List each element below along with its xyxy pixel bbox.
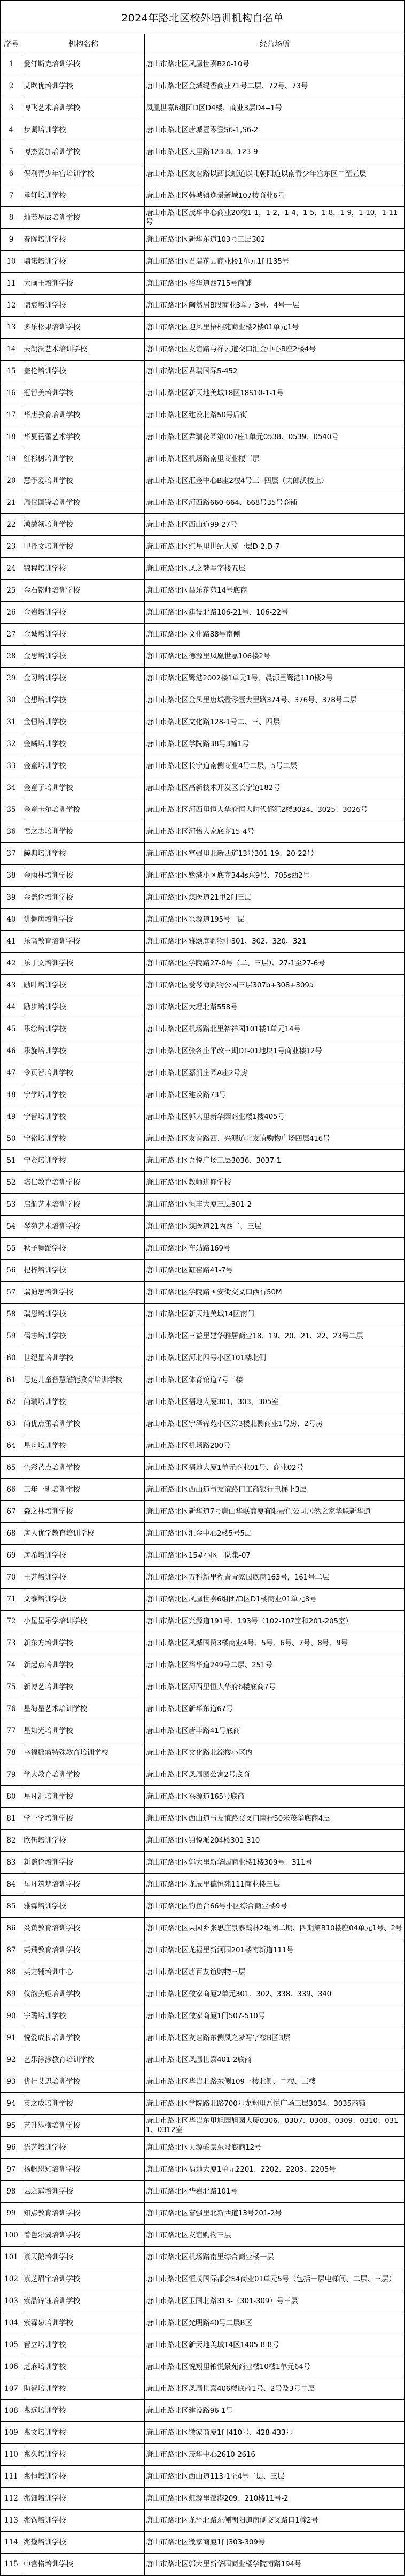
- business-address: 唐山市路北区爱琴海购物公园三层307b+308+309a: [145, 975, 405, 996]
- business-address: 唐山市路北区张各庄平改三期DT-01地块1号商业楼12号: [145, 1040, 405, 1062]
- table-row: 79学大教育培训学校唐山市路北区凤凰园公寓2号底商: [1, 1764, 405, 1786]
- row-index: 105: [1, 2334, 22, 2356]
- row-index: 79: [1, 1764, 22, 1786]
- institution-name: 小星星乐学培训学校: [22, 1611, 145, 1632]
- institution-name: 紫晶锦钰培训学校: [22, 2290, 145, 2312]
- institution-name: 雅霖培训学校: [22, 1896, 145, 1918]
- institution-name: 金童子培训学校: [22, 777, 145, 799]
- business-address: 唐山市路北区龙泽北路东侧朝阳道南侧交叉路口1幢2号: [145, 2510, 405, 2532]
- business-address: 唐山市路北区昌乐花苑14号底商: [145, 580, 405, 602]
- row-index: 56: [1, 1260, 22, 1282]
- business-address: 唐山市路北区华岩东里旭园旭园大厦0306、0307、0308、0309、0310…: [145, 2115, 405, 2137]
- row-index: 45: [1, 1018, 22, 1040]
- institution-name: 兆钧培训学校: [22, 2510, 145, 2532]
- table-row: 27金诚培训学校唐山市路北区文化路88号南侧: [1, 624, 405, 646]
- institution-name: 新盖伦培训学校: [22, 1852, 145, 1874]
- business-address: 唐山市路北区煤医道21丙西二、三层: [145, 1216, 405, 1238]
- table-row: 78幸福摇篮特殊教育培训学校唐山市路北区文化路北滦楼小区内: [1, 1742, 405, 1764]
- business-address: 唐山市路北区长宁道南侧商业4号二层，5号二层: [145, 755, 405, 777]
- table-row: 13多乐松果培训学校唐山市路北区迎风里梧桐苑商业楼2楼01单元1号: [1, 317, 405, 339]
- row-index: 34: [1, 777, 22, 799]
- institution-name: 鲸典培训学校: [22, 843, 145, 865]
- table-row: 63尚优点蕾培训学校唐山市路北区宁泽锦苑小区第3楼北侧商业1号房、2号房: [1, 1413, 405, 1435]
- institution-name: 君之志培训学校: [22, 821, 145, 843]
- table-row: 12鼎宸培训学校唐山市路北区陶然居B段商业3单元3号、4号一层: [1, 295, 405, 317]
- row-index: 36: [1, 821, 22, 843]
- row-index: 10: [1, 251, 22, 273]
- row-index: 26: [1, 602, 22, 624]
- institution-name: 杞梓培训学校: [22, 1260, 145, 1282]
- institution-name: 思达儿童智慧潜能教育培训学校: [22, 1369, 145, 1391]
- institution-name: 启航艺术培训学校: [22, 1194, 145, 1216]
- row-index: 2: [1, 75, 22, 97]
- table-row: 7承轩培训学校唐山市路北区韩城镇逸景新城107楼商业6号: [1, 185, 405, 207]
- business-address: 唐山市路北区唐城壹零壹S6-1,S6-2: [145, 119, 405, 141]
- row-index: 11: [1, 273, 22, 295]
- institution-name: 星舟培训学校: [22, 1435, 145, 1457]
- institution-name: 培仁教育培训学校: [22, 1172, 145, 1194]
- table-row: 43励叶培训学校唐山市路北区爱琴海购物公园三层307b+308+309a: [1, 975, 405, 996]
- institution-name: 扬帆恩知培训学校: [22, 2159, 145, 2181]
- row-index: 15: [1, 361, 22, 382]
- table-row: 113兆钧培训学校唐山市路北区龙泽北路东侧朝阳道南侧交叉路口1幢2号: [1, 2510, 405, 2532]
- institution-name: 艺升纵横培训学校: [22, 2115, 145, 2137]
- row-index: 40: [1, 909, 22, 931]
- row-index: 98: [1, 2181, 22, 2203]
- row-index: 19: [1, 448, 22, 470]
- row-index: 43: [1, 975, 22, 996]
- business-address: 唐山市路北区西山道与友谊路交叉口南行50米茂华底商4层: [145, 1808, 405, 1830]
- institution-name: 金恒培训学校: [22, 711, 145, 733]
- institution-name: 金习培训学校: [22, 668, 145, 689]
- business-address: 唐山市路北区凤凰世嘉406楼底商1号、2号及3号二层: [145, 2378, 405, 2400]
- row-index: 9: [1, 229, 22, 251]
- business-address: 唐山市路北区建设北路106-21号、106-22号: [145, 602, 405, 624]
- business-address: 唐山市路北区学院路27-0号（二、三层）、27-1至27-6号: [145, 953, 405, 975]
- table-row: 87英飛教育培训学校唐山市路北区龙福里新河园201楼南新道111号: [1, 1939, 405, 1961]
- table-row: 14夫朗沃艺术培训学校唐山市路北区友谊路与祥云道交口汇金中心B座2楼4号: [1, 339, 405, 361]
- row-index: 68: [1, 1523, 22, 1545]
- table-row: 62尚瑞培训学校唐山市路北区福地大厦301，303，305室: [1, 1391, 405, 1413]
- institution-name: 慧予爱培训学校: [22, 470, 145, 492]
- business-address: 唐山市路北区文化路北滦楼小区内: [145, 1742, 405, 1764]
- header-row: 序号 机构名称 经营场所: [1, 34, 405, 53]
- institution-name: 星凡筑梦培训学校: [22, 1874, 145, 1896]
- table-row: 83新盖伦培训学校唐山市路北区郭大里新华园商业楼1楼309号、311号: [1, 1852, 405, 1874]
- table-row: 47令页智培训学校唐山市路北区嘉润庄园A座2号房: [1, 1062, 405, 1084]
- business-address: 唐山市路北区新天地美域14区南门: [145, 1304, 405, 1325]
- business-address: 唐山市路北区建设路73号: [145, 1084, 405, 1106]
- business-address: 唐山市路北区鹭港小区底商344s东9号、705s西2号: [145, 865, 405, 887]
- table-row: 22鸿鹄领培训学校唐山市路北区西山道99-27号: [1, 514, 405, 536]
- table-row: 105智立培训学校唐山市路北区新天地美域14区1405-8-8号: [1, 2334, 405, 2356]
- business-address: 唐山市路北区茂华中心商业20楼1-1，1-2，1-4，1-5，1-8，1-9，1…: [145, 207, 405, 229]
- institution-name: 灿若星辰培训学校: [22, 207, 145, 229]
- row-index: 55: [1, 1238, 22, 1260]
- table-row: 84星凡筑梦培训学校唐山市路北区龙辰里德恒苑111商业楼三层: [1, 1874, 405, 1896]
- institution-name: 云之遥培训学校: [22, 2181, 145, 2203]
- row-index: 106: [1, 2356, 22, 2378]
- row-index: 60: [1, 1347, 22, 1369]
- row-index: 80: [1, 1786, 22, 1808]
- table-row: 33金童培训学校唐山市路北区长宁道南侧商业4号二层，5号二层: [1, 755, 405, 777]
- institution-name: 兆鋆培训学校: [22, 2532, 145, 2554]
- row-index: 81: [1, 1808, 22, 1830]
- table-row: 74新起点培训学校唐山市路北区裕华道249号二层、251号: [1, 1654, 405, 1676]
- table-row: 101紫天鹅培训学校唐山市路北区机场路南里综合商业楼一层: [1, 2247, 405, 2268]
- table-row: 89仪韵美娅培训学校唐山市路北区微家商厦2单元301、302、338、339、3…: [1, 1983, 405, 2005]
- institution-name: 文泰培训学校: [22, 1589, 145, 1611]
- table-row: 70王艺培训学校唐山市路北区万科新里程青青家园底商163号，161号二层: [1, 1567, 405, 1589]
- row-index: 38: [1, 865, 22, 887]
- table-row: 51宁贤培训学校唐山市路北区吾悦广场三层3036、3037-1: [1, 1150, 405, 1172]
- row-index: 46: [1, 1040, 22, 1062]
- row-index: 77: [1, 1720, 22, 1742]
- business-address: 唐山市路北区凤凰园公寓2号底商: [145, 1764, 405, 1786]
- row-index: 50: [1, 1128, 22, 1150]
- business-address: 唐山市路北区茂华中心2610-2616: [145, 2444, 405, 2466]
- row-index: 5: [1, 141, 22, 163]
- institution-name: 仪韵美娅培训学校: [22, 1983, 145, 2005]
- row-index: 53: [1, 1194, 22, 1216]
- institution-name: 尚瑞培训学校: [22, 1391, 145, 1413]
- row-index: 87: [1, 1939, 22, 1961]
- table-row: 34金童子培训学校唐山市路北区高新技术开发区长宁道182号: [1, 777, 405, 799]
- business-address: 唐山市路北区友谊购物三层: [145, 2225, 405, 2247]
- business-address: 唐山市路北区文化路88号南侧: [145, 624, 405, 646]
- table-row: 40讲舞唐培训学校唐山市路北区兴源道195号二层: [1, 909, 405, 931]
- business-address: 唐山市路北区新天地美域14区1405-8-8号: [145, 2334, 405, 2356]
- business-address: 唐山市路北区友谊路西、兴源道北友谊购物广场四层416号: [145, 1128, 405, 1150]
- row-index: 20: [1, 470, 22, 492]
- table-row: 23甲骨文培训学校唐山市路北区红星里世纪大厦一层D-2,D-7: [1, 536, 405, 558]
- row-index: 3: [1, 97, 22, 119]
- table-row: 60世纪星培训学校唐山市路北区河北四号小区101楼北侧: [1, 1347, 405, 1369]
- business-address: 唐山市路北区韩城镇逸景新城107楼商业6号: [145, 185, 405, 207]
- institution-name: 金思培训学校: [22, 646, 145, 668]
- table-row: 96语艺培训学校唐山市路北区天源骏景东段底商12号: [1, 2137, 405, 2159]
- business-address: 唐山市路北区雅颂庭购物中301、302、320、321: [145, 931, 405, 953]
- row-index: 109: [1, 2422, 22, 2444]
- table-row: 110兆久培训学校唐山市路北区茂华中心2610-2616: [1, 2444, 405, 2466]
- row-index: 23: [1, 536, 22, 558]
- table-row: 99知点教育培训学校唐山市路北区富强里北新西道13号201-2号: [1, 2203, 405, 2225]
- row-index: 54: [1, 1216, 22, 1238]
- table-row: 52培仁教育培训学校唐山市路北区教师进修学校: [1, 1172, 405, 1194]
- row-index: 57: [1, 1282, 22, 1304]
- table-row: 71文泰培训学校唐山市路北区凤凰世嘉6组团/D区D1楼商业01单元8号: [1, 1589, 405, 1611]
- table-row: 46乐旋培训学校唐山市路北区张各庄平改三期DT-01地块1号商业楼12号: [1, 1040, 405, 1062]
- row-index: 8: [1, 207, 22, 229]
- row-index: 61: [1, 1369, 22, 1391]
- business-address: 唐山市路北区金凤里唐城壹零壹大里路374号、376号、378号二层: [145, 689, 405, 711]
- row-index: 66: [1, 1479, 22, 1501]
- institution-name: 金石铭师培训学校: [22, 580, 145, 602]
- table-row: 58瑞恩培训学校唐山市路北区新天地美域14区南门: [1, 1304, 405, 1325]
- table-row: 73新东方培训学校唐山市路北区凤城国贸3楼商业4号、5号、6号、7号、8号、9号: [1, 1632, 405, 1654]
- table-row: 36君之志培训学校唐山市路北区河怡人家底商15-4号: [1, 821, 405, 843]
- row-index: 65: [1, 1457, 22, 1479]
- row-index: 73: [1, 1632, 22, 1654]
- table-row: 48宁学培训学校唐山市路北区建设路73号: [1, 1084, 405, 1106]
- institution-name: 博飞艺术培训学校: [22, 97, 145, 119]
- business-address: 唐山市路北区河西里恒大华府6楼底商7号: [145, 1676, 405, 1698]
- institution-name: 金童卡尔培训学校: [22, 799, 145, 821]
- row-index: 59: [1, 1325, 22, 1347]
- institution-name: 艾欧优培训学校: [22, 75, 145, 97]
- institution-name: 鼎宸培训学校: [22, 295, 145, 317]
- institution-name: 盖伦培训学校: [22, 361, 145, 382]
- column-header-name: 机构名称: [22, 34, 145, 53]
- business-address: 唐山市路北区新华东道67号: [145, 1698, 405, 1720]
- business-address: 唐山市路北区德源里凤凰世嘉106楼2号: [145, 646, 405, 668]
- row-index: 47: [1, 1062, 22, 1084]
- institution-name: 三年一班培训学校: [22, 1479, 145, 1501]
- table-row: 18华夏蓓蕾艺术学校唐山市路北区君瑞花园第007座1单元0538、0539、05…: [1, 426, 405, 448]
- business-address: 唐山市路北区唐丰路41号底商: [145, 1720, 405, 1742]
- row-index: 99: [1, 2203, 22, 2225]
- business-address: 唐山市路北区金域缇香商业71号二层、72号、73号: [145, 75, 405, 97]
- business-address: 唐山市路北区宁泽锦苑小区第3楼北侧商业1号房、2号房: [145, 1413, 405, 1435]
- business-address: 唐山市路北区建设路96-1号: [145, 2400, 405, 2422]
- table-row: 57瑞迪思培训学校唐山市路北区学院路国安街交叉口西行50M: [1, 1282, 405, 1304]
- table-row: 24锦程培训学校唐山市路北区凤之梦写字楼五层: [1, 558, 405, 580]
- row-index: 67: [1, 1501, 22, 1523]
- table-row: 98云之遥培训学校唐山市路北区华岩北路101号: [1, 2181, 405, 2203]
- table-row: 54琴苑艺术培训学校唐山市路北区煤医道21丙西二、三层: [1, 1216, 405, 1238]
- business-address: 凤凰世嘉6组团D区D4楼，商业3层D4--1号: [145, 97, 405, 119]
- business-address: 唐山市路北区郭大里新华园商业楼1楼405号: [145, 1106, 405, 1128]
- table-row: 5博杰爱加培训学校唐山市路北区大里路123-8、123-9: [1, 141, 405, 163]
- institution-name: 华唐教育培训学校: [22, 404, 145, 426]
- business-address: 唐山市路北区吾悦广场三层3036、3037-1: [145, 1150, 405, 1172]
- institution-name: 鼎诺培训学校: [22, 251, 145, 273]
- row-index: 14: [1, 339, 22, 361]
- column-header-index: 序号: [1, 34, 22, 53]
- institution-name: 英之辅培训中心: [22, 1961, 145, 1983]
- business-address: 唐山市路北区鹭港2002楼1单元1号、晨源里鹭港110楼2号: [145, 668, 405, 689]
- institution-name: 金麟培训学校: [22, 733, 145, 755]
- table-row: 55秋子舞蹈学校唐山市路北区车站路169号: [1, 1238, 405, 1260]
- institution-name: 儒志培训学校: [22, 1325, 145, 1347]
- table-row: 21凰仪国锋培训学校唐山市路北区河西路660-664、668号35号商铺: [1, 492, 405, 514]
- table-row: 77星知光培训学校唐山市路北区唐丰路41号底商: [1, 1720, 405, 1742]
- business-address: 唐山市路北区君瑞花园商业楼1单元1门135号: [145, 251, 405, 273]
- row-index: 75: [1, 1676, 22, 1698]
- row-index: 76: [1, 1698, 22, 1720]
- business-address: 唐山市路北区缸窑路41-7号: [145, 1260, 405, 1282]
- institution-name: 乐绘培训学校: [22, 1018, 145, 1040]
- business-address: 唐山市路北区君瑞国际5-452: [145, 361, 405, 382]
- business-address: 唐山市路北区钓鱼台66号小区综合商业楼9号: [145, 1896, 405, 1918]
- table-row: 30金想培训学校唐山市路北区金凤里唐城壹零壹大里路374号、376号、378号二…: [1, 689, 405, 711]
- row-index: 28: [1, 646, 22, 668]
- table-row: 72小星星乐学培训学校唐山市路北区兴源道191号、193号（102-107室和2…: [1, 1611, 405, 1632]
- business-address: 唐山市路北区裕华道西715号商铺: [145, 273, 405, 295]
- row-index: 4: [1, 119, 22, 141]
- business-address: 唐山市路北区富强里北新西道13号301-19、20-22号: [145, 843, 405, 865]
- table-row: 67森之林培训学校唐山市路北区新华道7号唐山华联商厦有限责任公司居然之家华联新华…: [1, 1501, 405, 1523]
- institution-name: 新东方培训学校: [22, 1632, 145, 1654]
- row-index: 24: [1, 558, 22, 580]
- institution-name: 步调培训学校: [22, 119, 145, 141]
- business-address: 唐山市路北区机场路南里综合商业楼一层: [145, 2247, 405, 2268]
- institution-name: 兆恒培训学校: [22, 2466, 145, 2488]
- institution-name: 秋子舞蹈学校: [22, 1238, 145, 1260]
- institution-name: 宇璐培训学校: [22, 2005, 145, 2027]
- business-address: 唐山市路北区兴源道191号、193号（102-107室和201-205室）: [145, 1611, 405, 1632]
- table-row: 114兆鋆培训学校唐山市路北区微家商厦1门303-309号: [1, 2532, 405, 2554]
- table-row: 4步调培训学校唐山市路北区唐城壹零壹S6-1,S6-2: [1, 119, 405, 141]
- row-index: 51: [1, 1150, 22, 1172]
- table-row: 82欣伍培训学校唐山市路北区铂悦派204楼301-310: [1, 1830, 405, 1852]
- row-index: 41: [1, 931, 22, 953]
- table-row: 10鼎诺培训学校唐山市路北区君瑞花园商业楼1单元1门135号: [1, 251, 405, 273]
- business-address: 唐山市路北区大理北路558号: [145, 996, 405, 1018]
- row-index: 97: [1, 2159, 22, 2181]
- institution-name: 锦程培训学校: [22, 558, 145, 580]
- business-address: 唐山市路北区汇金中心B座2楼4号三--四层（夫郎沃楼上）: [145, 470, 405, 492]
- table-row: 56杞梓培训学校唐山市路北区缸窑路41-7号: [1, 1260, 405, 1282]
- institution-name: 春晖培训学校: [22, 229, 145, 251]
- table-row: 16冠智美培训学校唐山市路北区新天地美域18区18S10-1-1号: [1, 382, 405, 404]
- table-row: 8灿若星辰培训学校唐山市路北区茂华中心商业20楼1-1，1-2，1-4，1-5，…: [1, 207, 405, 229]
- table-row: 37鲸典培训学校唐山市路北区富强里北新西道13号301-19、20-22号: [1, 843, 405, 865]
- document-title: 2024年路北区校外培训机构白名单: [1, 1, 405, 34]
- institution-name: 博杰爱加培训学校: [22, 141, 145, 163]
- business-address: 唐山市路北区华岩北路101号: [145, 2181, 405, 2203]
- row-index: 89: [1, 1983, 22, 2005]
- row-index: 31: [1, 711, 22, 733]
- institution-name: 金童培训学校: [22, 755, 145, 777]
- institution-name: 乐于文培训学校: [22, 953, 145, 975]
- business-address: 唐山市路北区文化路128-1号二、三、四层: [145, 711, 405, 733]
- institution-name: 助智培训学校: [22, 2378, 145, 2400]
- table-row: 86炎黄教育培训学校唐山市路北区果园乡张思庄景泰翰林2组团二期、四期第B10楼座…: [1, 1918, 405, 1939]
- row-index: 100: [1, 2225, 22, 2247]
- institution-name: 金想培训学校: [22, 689, 145, 711]
- business-address: 唐山市路北区机场路南里商业楼三层: [145, 448, 405, 470]
- business-address: 唐山市路北区新华道7号唐山华联商厦有限责任公司居然之家华联新华道: [145, 1501, 405, 1523]
- row-index: 27: [1, 624, 22, 646]
- table-row: 75新博艺培训学校唐山市路北区河西里恒大华府6楼底商7号: [1, 1676, 405, 1698]
- row-index: 84: [1, 1874, 22, 1896]
- business-address: 唐山市路北区福地大厦1单元商业01号、商业02号: [145, 1457, 405, 1479]
- row-index: 112: [1, 2488, 22, 2510]
- table-row: 61思达儿童智慧潜能教育培训学校唐山市路北区体育馆道7号三楼: [1, 1369, 405, 1391]
- institution-name: 英飛教育培训学校: [22, 1939, 145, 1961]
- row-index: 18: [1, 426, 22, 448]
- row-index: 85: [1, 1896, 22, 1918]
- institution-name: 炎黄教育培训学校: [22, 1918, 145, 1939]
- business-address: 唐山市路北区河怡人家底商15-4号: [145, 821, 405, 843]
- institution-name: 王艺培训学校: [22, 1567, 145, 1589]
- institution-name: 冠智美培训学校: [22, 382, 145, 404]
- row-index: 42: [1, 953, 22, 975]
- business-address: 唐山市路北区煤医道21甲2门三层: [145, 887, 405, 909]
- table-row: 25金石铭师培训学校唐山市路北区昌乐花苑14号底商: [1, 580, 405, 602]
- row-index: 12: [1, 295, 22, 317]
- institution-name: 琴苑艺术培训学校: [22, 1216, 145, 1238]
- row-index: 101: [1, 2247, 22, 2268]
- table-row: 95艺升纵横培训学校唐山市路北区华岩东里旭园旭园大厦0306、0307、0308…: [1, 2115, 405, 2137]
- business-address: 唐山市路北区华岩北路东侧109一楼北侧、二楼、三楼: [145, 2071, 405, 2093]
- table-row: 115中宫格培训学校唐山市路北区郭大里新华园商业楼学院南路194号: [1, 2554, 405, 2576]
- row-index: 86: [1, 1918, 22, 1939]
- row-index: 113: [1, 2510, 22, 2532]
- business-address: 唐山市路北区富强里北新西道13号201-2号: [145, 2203, 405, 2225]
- row-index: 21: [1, 492, 22, 514]
- business-address: 唐山市路北区学院路38号3幢1号: [145, 733, 405, 755]
- business-address: 唐山市路北区福地大厦1单元2201、2202、2203、2205号: [145, 2159, 405, 2181]
- table-row: 111兆恒培训学校唐山市路北区西山道113-1至4号二层、三层: [1, 2466, 405, 2488]
- table-row: 59儒志培训学校唐山市路北区三益里建华雅居商业18、19、20、21、22、23…: [1, 1325, 405, 1347]
- table-row: 29金习培训学校唐山市路北区鹭港2002楼1单元1号、晨源里鹭港110楼2号: [1, 668, 405, 689]
- institution-name: 艺乐涂涂教育培训学校: [22, 2049, 145, 2071]
- row-index: 92: [1, 2049, 22, 2071]
- table-row: 102紫芝眉宇培训学校唐山市路北区恒茂国际都会S4商业01单元5号（包括一层电梯…: [1, 2268, 405, 2290]
- row-index: 62: [1, 1391, 22, 1413]
- row-index: 83: [1, 1852, 22, 1874]
- row-index: 33: [1, 755, 22, 777]
- table-row: 11大画王培训学校唐山市路北区裕华道西715号商铺: [1, 273, 405, 295]
- row-index: 111: [1, 2466, 22, 2488]
- institution-name: 星凡汇培训学校: [22, 1786, 145, 1808]
- institution-name: 星知光培训学校: [22, 1720, 145, 1742]
- business-address: 唐山市路北区河西路660-664、668号35号商铺: [145, 492, 405, 514]
- institution-name: 宁智培训学校: [22, 1106, 145, 1128]
- institution-name: 芝麻培训学校: [22, 2356, 145, 2378]
- business-address: 唐山市路北区郭大里新华园商业楼学院南路194号: [145, 2554, 405, 2576]
- business-address: 唐山市路北区西山道与友谊路口工商银行电梯上3层: [145, 1479, 405, 1501]
- business-address: 唐山市路北区新天地美域18区18S10-1-1号: [145, 382, 405, 404]
- row-index: 90: [1, 2005, 22, 2027]
- institution-name: 悦爱成长培训学校: [22, 2027, 145, 2049]
- table-row: 85雅霖培训学校唐山市路北区钓鱼台66号小区综合商业楼9号: [1, 1896, 405, 1918]
- table-row: 80星凡汇培训学校唐山市路北区兴源道165号底商: [1, 1786, 405, 1808]
- institution-name: 爱汀斯克培训学校: [22, 53, 145, 75]
- table-row: 38金雨林培训学校唐山市路北区鹭港小区底商344s东9号、705s西2号: [1, 865, 405, 887]
- business-address: 唐山市路北区红星里世纪大厦一层D-2,D-7: [145, 536, 405, 558]
- row-index: 7: [1, 185, 22, 207]
- business-address: 唐山市路北区河北四号小区101楼北侧: [145, 1347, 405, 1369]
- business-address: 唐山市路北区体育馆道7号三楼: [145, 1369, 405, 1391]
- institution-name: 兆久培训学校: [22, 2444, 145, 2466]
- table-row: 112兆钿培训学校唐山市路北区虹源里鹭港209、210楼11号-2: [1, 2488, 405, 2510]
- row-index: 52: [1, 1172, 22, 1194]
- business-address: 唐山市路北区迎风里梧桐苑商业楼2楼01单元1号: [145, 317, 405, 339]
- row-index: 29: [1, 668, 22, 689]
- business-address: 唐山市路北区君瑞花园第007座1单元0538、0539、0540号: [145, 426, 405, 448]
- row-index: 13: [1, 317, 22, 339]
- business-address: 唐山市路北区汇金中心2楼5号5层: [145, 1523, 405, 1545]
- institution-name: 英之成培训学校: [22, 2093, 145, 2115]
- row-index: 82: [1, 1830, 22, 1852]
- business-address: 唐山市路北区凤凰世嘉6组团/D区D1楼商业01单元8号: [145, 1589, 405, 1611]
- business-address: 唐山市路北区建设北路50号后街: [145, 404, 405, 426]
- institution-name: 尚优点蕾培训学校: [22, 1413, 145, 1435]
- row-index: 78: [1, 1742, 22, 1764]
- institution-name: 世纪星培训学校: [22, 1347, 145, 1369]
- whitelist-table: 2024年路北区校外培训机构白名单 序号 机构名称 经营场所 1爱汀斯克培训学校…: [0, 0, 405, 2576]
- table-row: 106芝麻培训学校唐山市路北区悦翔里铂悦景苑商业楼10楼1单元64号: [1, 2356, 405, 2378]
- row-index: 35: [1, 799, 22, 821]
- table-row: 104紫霖泉培训学校唐山市路北区光明路40号二层B区: [1, 2312, 405, 2334]
- business-address: 唐山市路北区果园乡张思庄景泰翰林2组团二期、四期第B10楼座04单元1号、2号: [145, 1918, 405, 1939]
- row-index: 115: [1, 2554, 22, 2576]
- business-address: 唐山市路北区铂悦派204楼301-310: [145, 1830, 405, 1852]
- table-row: 44励步培训学校唐山市路北区大理北路558号: [1, 996, 405, 1018]
